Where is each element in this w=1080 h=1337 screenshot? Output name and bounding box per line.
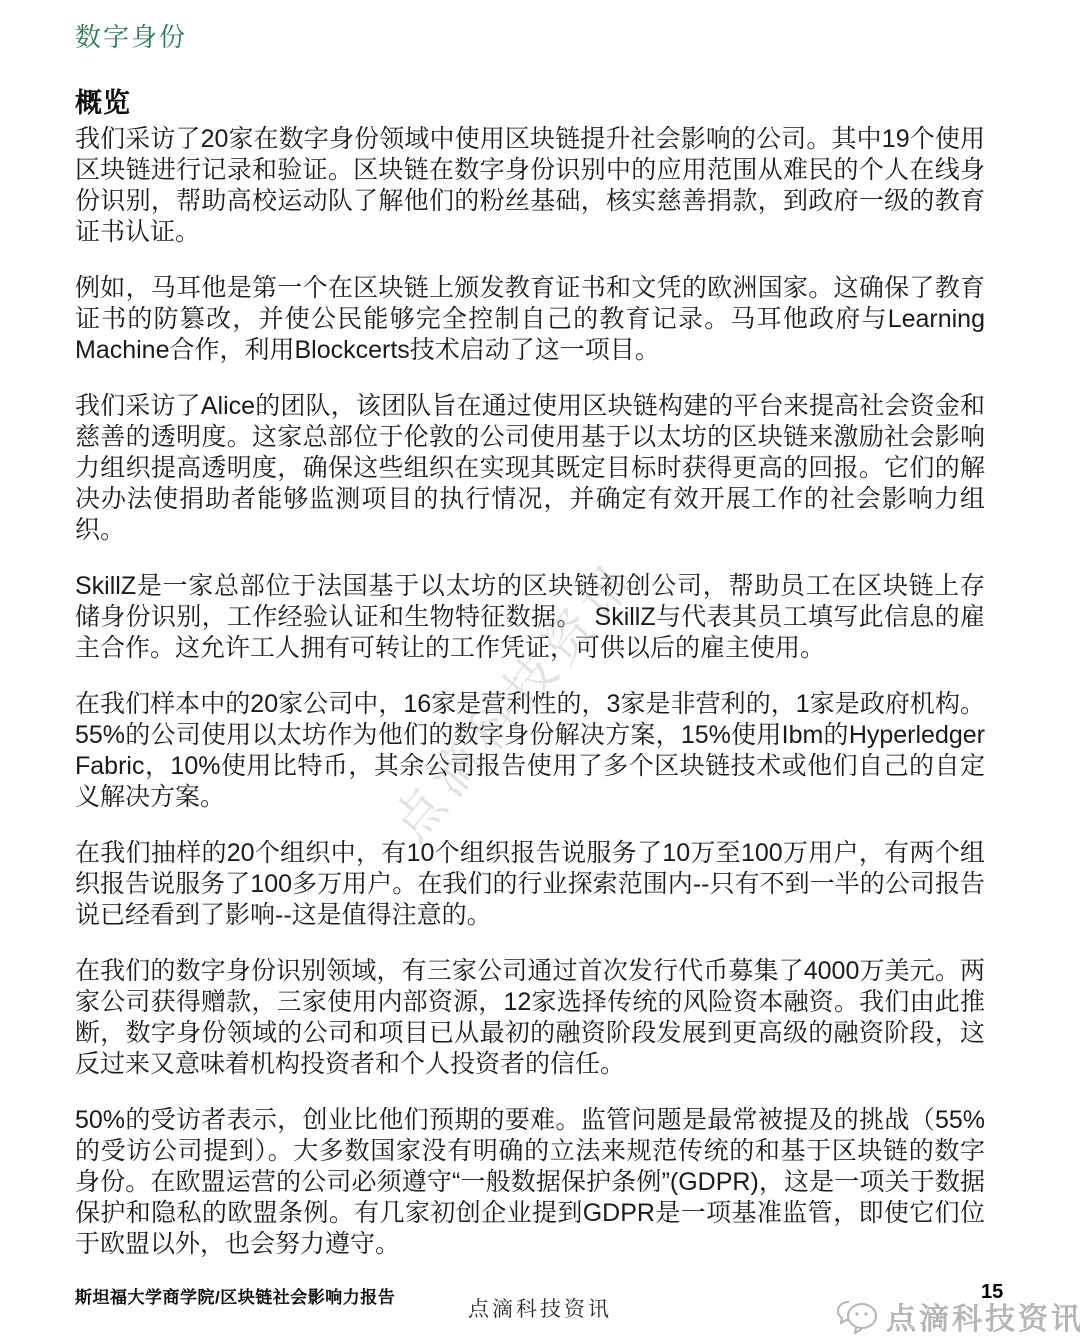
section-title: 数字身份 [75, 22, 985, 52]
document-page: 数字身份 概览 我们采访了20家在数字身份领域中使用区块链提升社会影响的公司。其… [0, 0, 1080, 1337]
chat-bubbles-icon [836, 1298, 880, 1334]
paragraph-sample-stats: 在我们样本中的20家公司中，16家是营利性的，3家是非营利的，1家是政府机构。5… [75, 689, 985, 813]
overview-heading: 概览 [75, 88, 985, 118]
corner-watermark: 点滴科技资讯 [836, 1294, 1080, 1337]
corner-watermark-text: 点滴科技资讯 [886, 1294, 1080, 1337]
page-content: 数字身份 概览 我们采访了20家在数字身份领域中使用区块链提升社会影响的公司。其… [75, 22, 985, 1285]
paragraph-users-served: 在我们抽样的20个组织中，有10个组织报告说服务了10万至100万用户，有两个组… [75, 838, 985, 931]
paragraph-regulation: 50%的受访者表示，创业比他们预期的要难。监管问题是最常被提及的挑战（55%的受… [75, 1105, 985, 1260]
paragraph-funding: 在我们的数字身份识别领域，有三家公司通过首次发行代币募集了4000万美元。两家公… [75, 956, 985, 1080]
paragraph-interviews: 我们采访了20家在数字身份领域中使用区块链提升社会影响的公司。其中19个使用区块… [75, 124, 985, 248]
paragraph-malta: 例如，马耳他是第一个在区块链上颁发教育证书和文凭的欧洲国家。这确保了教育证书的防… [75, 273, 985, 366]
paragraph-alice: 我们采访了Alice的团队，该团队旨在通过使用区块链构建的平台来提高社会资金和慈… [75, 391, 985, 546]
paragraph-skillz: SkillZ是一家总部位于法国基于以太坊的区块链初创公司，帮助员工在区块链上存储… [75, 571, 985, 664]
